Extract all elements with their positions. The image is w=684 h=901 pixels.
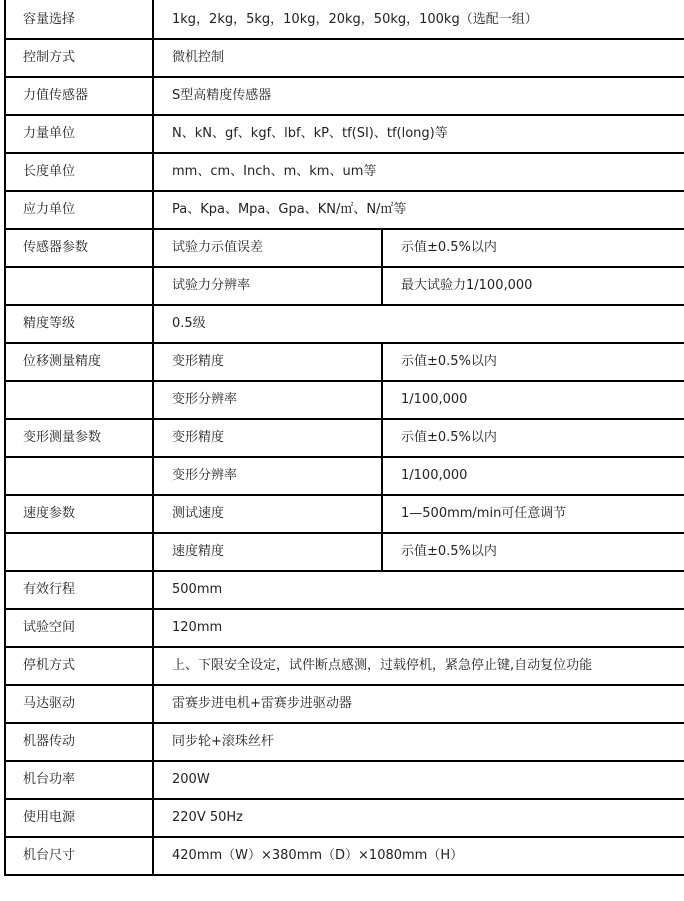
table-row-power-supply: 使用电源 220V 50Hz bbox=[5, 799, 684, 837]
row-value: 500mm bbox=[153, 571, 684, 609]
row-label bbox=[5, 381, 153, 419]
row-value: 120mm bbox=[153, 609, 684, 647]
table-row-sensor-params-1: 传感器参数 试验力示值误差 示值±0.5%以内 bbox=[5, 229, 684, 267]
table-row-displacement-1: 位移测量精度 变形精度 示值±0.5%以内 bbox=[5, 343, 684, 381]
row-value: 雷赛步进电机+雷赛步进驱动器 bbox=[153, 685, 684, 723]
table-row-force-units: 力量单位 N、kN、gf、kgf、lbf、kP、tf(SI)、tf(long)等 bbox=[5, 115, 684, 153]
row-value: S型高精度传感器 bbox=[153, 77, 684, 115]
table-row-force-sensor: 力值传感器 S型高精度传感器 bbox=[5, 77, 684, 115]
table-row-capacity: 容量选择 1kg，2kg，5kg，10kg，20kg，50kg，100kg（选配… bbox=[5, 0, 684, 39]
row-label: 速度参数 bbox=[5, 495, 153, 533]
row-label bbox=[5, 457, 153, 495]
table-row-displacement-2: 变形分辨率 1/100,000 bbox=[5, 381, 684, 419]
row-value: 1kg，2kg，5kg，10kg，20kg，50kg，100kg（选配一组） bbox=[153, 0, 684, 39]
row-value: N、kN、gf、kgf、lbf、kP、tf(SI)、tf(long)等 bbox=[153, 115, 684, 153]
row-label: 机台尺寸 bbox=[5, 837, 153, 875]
row-value: 最大试验力1/100,000 bbox=[382, 267, 684, 305]
row-label: 变形测量参数 bbox=[5, 419, 153, 457]
table-row-deformation-1: 变形测量参数 变形精度 示值±0.5%以内 bbox=[5, 419, 684, 457]
row-value: 上、下限安全设定，试件断点感测，过载停机，紧急停止键,自动复位功能 bbox=[153, 647, 684, 685]
row-sub-label: 速度精度 bbox=[153, 533, 382, 571]
table-row-deformation-2: 变形分辨率 1/100,000 bbox=[5, 457, 684, 495]
row-value: 示值±0.5%以内 bbox=[382, 533, 684, 571]
table-row-dimensions: 机台尺寸 420mm（W）×380mm（D）×1080mm（H） bbox=[5, 837, 684, 875]
row-label: 长度单位 bbox=[5, 153, 153, 191]
table-row-motor-drive: 马达驱动 雷赛步进电机+雷赛步进驱动器 bbox=[5, 685, 684, 723]
table-row-speed-1: 速度参数 测试速度 1—500mm/min可任意调节 bbox=[5, 495, 684, 533]
row-label: 容量选择 bbox=[5, 0, 153, 39]
row-value: 0.5级 bbox=[153, 305, 684, 343]
table-row-speed-2: 速度精度 示值±0.5%以内 bbox=[5, 533, 684, 571]
table-row-stroke: 有效行程 500mm bbox=[5, 571, 684, 609]
row-label: 精度等级 bbox=[5, 305, 153, 343]
specification-table: 容量选择 1kg，2kg，5kg，10kg，20kg，50kg，100kg（选配… bbox=[4, 0, 684, 876]
row-sub-label: 变形精度 bbox=[153, 419, 382, 457]
row-label: 传感器参数 bbox=[5, 229, 153, 267]
table-row-sensor-params-2: 试验力分辨率 最大试验力1/100,000 bbox=[5, 267, 684, 305]
table-row-accuracy-class: 精度等级 0.5级 bbox=[5, 305, 684, 343]
row-value: 同步轮+滚珠丝杆 bbox=[153, 723, 684, 761]
table-row-length-units: 长度单位 mm、cm、Inch、m、km、um等 bbox=[5, 153, 684, 191]
table-row-power: 机台功率 200W bbox=[5, 761, 684, 799]
row-sub-label: 变形分辨率 bbox=[153, 381, 382, 419]
row-sub-label: 试验力示值误差 bbox=[153, 229, 382, 267]
row-label: 位移测量精度 bbox=[5, 343, 153, 381]
row-label: 使用电源 bbox=[5, 799, 153, 837]
row-label: 控制方式 bbox=[5, 39, 153, 77]
row-value: 示值±0.5%以内 bbox=[382, 229, 684, 267]
row-sub-label: 试验力分辨率 bbox=[153, 267, 382, 305]
row-label bbox=[5, 267, 153, 305]
row-label: 力量单位 bbox=[5, 115, 153, 153]
row-label: 力值传感器 bbox=[5, 77, 153, 115]
row-value: Pa、Kpa、Mpa、Gpa、KN/㎡、N/㎡等 bbox=[153, 191, 684, 229]
row-value: 1—500mm/min可任意调节 bbox=[382, 495, 684, 533]
row-value: 示值±0.5%以内 bbox=[382, 419, 684, 457]
row-value: 示值±0.5%以内 bbox=[382, 343, 684, 381]
row-label: 试验空间 bbox=[5, 609, 153, 647]
table-row-stress-units: 应力单位 Pa、Kpa、Mpa、Gpa、KN/㎡、N/㎡等 bbox=[5, 191, 684, 229]
row-sub-label: 变形精度 bbox=[153, 343, 382, 381]
row-value: 220V 50Hz bbox=[153, 799, 684, 837]
row-sub-label: 变形分辨率 bbox=[153, 457, 382, 495]
row-value: 1/100,000 bbox=[382, 457, 684, 495]
row-value: mm、cm、Inch、m、km、um等 bbox=[153, 153, 684, 191]
row-label: 机台功率 bbox=[5, 761, 153, 799]
row-label bbox=[5, 533, 153, 571]
row-value: 420mm（W）×380mm（D）×1080mm（H） bbox=[153, 837, 684, 875]
row-value: 微机控制 bbox=[153, 39, 684, 77]
row-sub-label: 测试速度 bbox=[153, 495, 382, 533]
row-label: 马达驱动 bbox=[5, 685, 153, 723]
table-row-stop-mode: 停机方式 上、下限安全设定，试件断点感测，过载停机，紧急停止键,自动复位功能 bbox=[5, 647, 684, 685]
row-label: 应力单位 bbox=[5, 191, 153, 229]
row-label: 有效行程 bbox=[5, 571, 153, 609]
row-label: 停机方式 bbox=[5, 647, 153, 685]
table-row-transmission: 机器传动 同步轮+滚珠丝杆 bbox=[5, 723, 684, 761]
table-row-control-mode: 控制方式 微机控制 bbox=[5, 39, 684, 77]
row-value: 200W bbox=[153, 761, 684, 799]
table-row-test-space: 试验空间 120mm bbox=[5, 609, 684, 647]
row-value: 1/100,000 bbox=[382, 381, 684, 419]
row-label: 机器传动 bbox=[5, 723, 153, 761]
